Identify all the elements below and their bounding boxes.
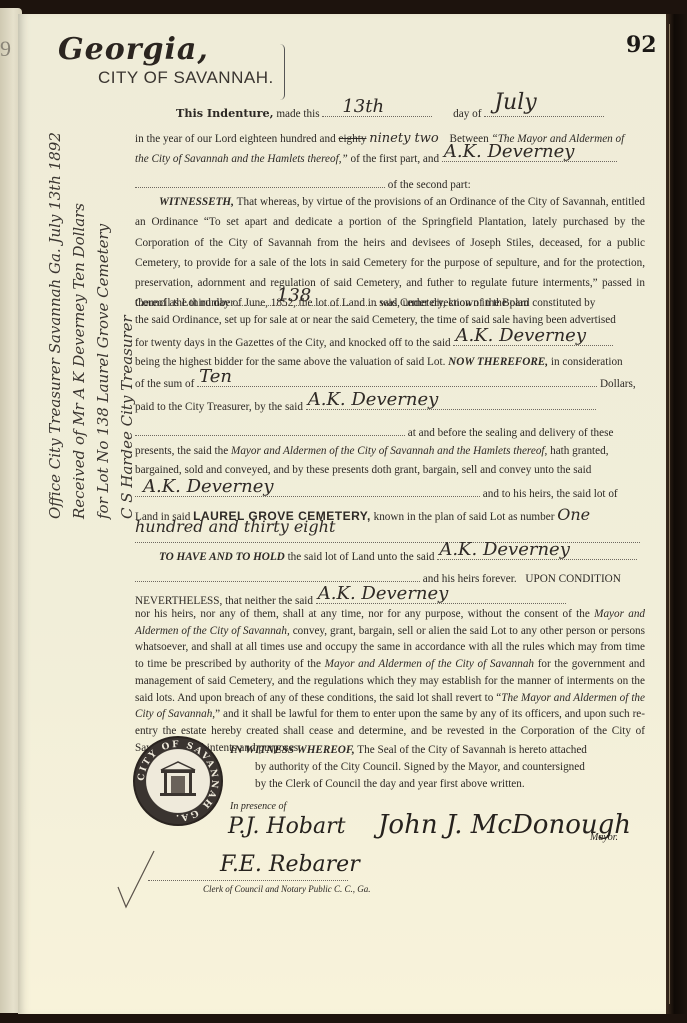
witness-signature: P.J. Hobart — [228, 814, 345, 839]
sealing-line: at and before the sealing and delivery o… — [135, 426, 613, 440]
grantee-field-2: A.K. Deverney — [135, 496, 480, 497]
clerk-signature: F.E. Rebarer — [220, 852, 360, 877]
conditions-paragraph: nor his heirs, nor any of them, shall at… — [135, 606, 645, 756]
presents-line: presents, the said the Mayor and Alderme… — [135, 444, 609, 458]
lot-number-line: thereof as Lot number 138 was, under dir… — [135, 296, 595, 310]
margin-receipt-line-2: Received of Mr A K Deverney Ten Dollars — [70, 203, 88, 519]
mayor-title: Mayor. — [590, 832, 618, 843]
heirs-line: A.K. Deverney and to his heirs, the said… — [135, 487, 618, 501]
book-binding — [666, 14, 687, 1014]
grantee-field-3: A.K. Deverney — [437, 559, 637, 560]
city-heading: CITY OF SAVANNAH. — [98, 68, 274, 88]
indenture-line: This Indenture, made this 13th day of Ju… — [176, 106, 604, 121]
second-part-line: of the second part: — [135, 178, 471, 192]
state-heading: Georgia, — [58, 32, 209, 67]
grantee-field: A.K. Deverney — [442, 161, 617, 162]
parties-line: the City of Savannah and the Hamlets the… — [135, 152, 617, 166]
lot-number-field: 138 — [237, 305, 377, 306]
checkmark-icon — [116, 849, 156, 909]
deed-page: Georgia, CITY OF SAVANNAH. 92 Office Cit… — [18, 14, 666, 1014]
margin-receipt-line-1: Office City Treasurer Savannah Ga. July … — [46, 132, 64, 519]
margin-receipt-line-3: for Lot No 138 Laurel Grove Cemetery — [94, 224, 112, 519]
sum-field: Ten — [197, 386, 597, 387]
heading-brace — [280, 44, 285, 100]
witness-clause: IN WITNESS WHEREOF, The Seal of the City… — [230, 742, 650, 793]
bidder-field: A.K. Deverney — [453, 345, 613, 346]
payer-field: A.K. Deverney — [306, 409, 596, 410]
day-field: 13th — [322, 116, 432, 117]
margin-receipt-line-4: C S Hardee City Treasurer — [118, 315, 136, 519]
to-have-line: TO HAVE AND TO HOLD the said lot of Land… — [159, 550, 637, 564]
in-presence-label: In presence of — [230, 801, 286, 812]
temple-icon — [157, 760, 199, 800]
city-seal: CITY OF SAVANNAH GA. — [133, 736, 223, 826]
bargained-line: bargained, sold and conveyed, and by the… — [135, 463, 591, 477]
clerk-signature-line — [148, 880, 348, 881]
knocked-off-line: for twenty days in the Gazettes of the C… — [135, 336, 613, 350]
page-number: 92 — [626, 32, 657, 58]
year-handwritten: ninety two — [369, 131, 438, 146]
month-field: July — [484, 116, 604, 117]
paid-line: paid to the City Treasurer, by the said … — [135, 400, 596, 414]
prev-page-mark: 9 — [0, 36, 11, 62]
clerk-title: Clerk of Council and Notary Public C. C.… — [203, 884, 371, 894]
grantee-field-4: A.K. Deverney — [316, 603, 566, 604]
